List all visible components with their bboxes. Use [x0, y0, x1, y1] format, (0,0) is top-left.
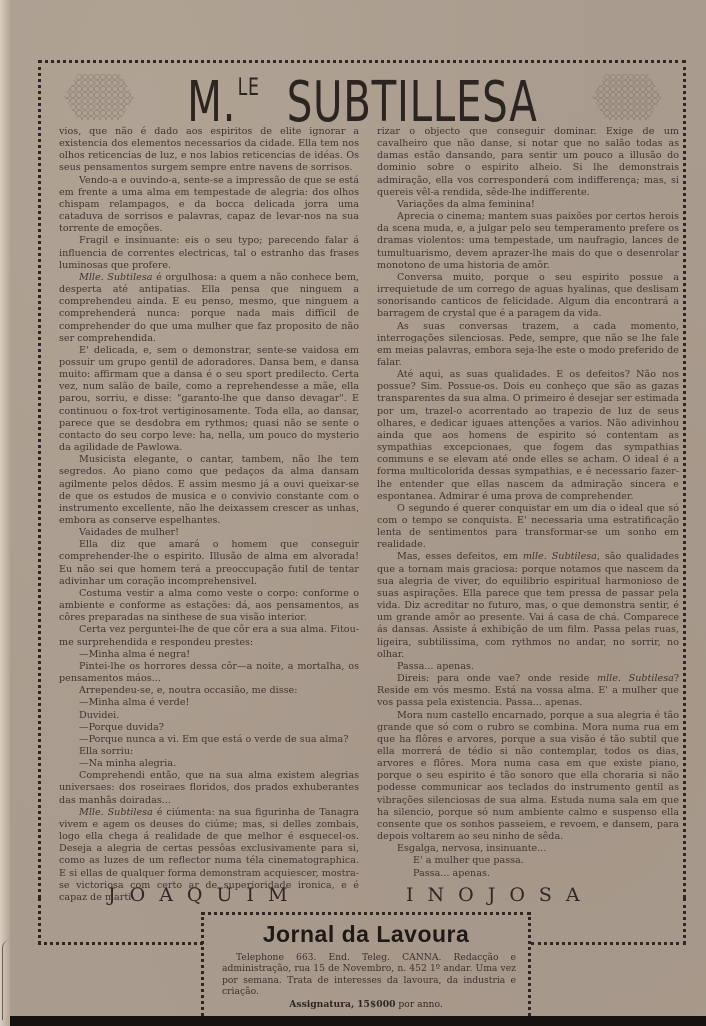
article-paragraph: Ella diz que amará o homem que conseguir… — [59, 539, 359, 588]
frame-bottom-right — [531, 942, 686, 945]
article-paragraph: Certa vez perguntei-lhe de que côr era a… — [59, 624, 359, 648]
article-paragraph: —Porque duvida? — [59, 722, 359, 734]
article-paragraph: Conversa muito, porque o seu espirito po… — [377, 272, 679, 321]
article-column-right: rizar o objecto que conseguir dominar. E… — [377, 126, 679, 880]
article-paragraph: Pintei-lhe os horrores dessa côr—a noite… — [59, 661, 359, 685]
article-paragraph: Fragil e insinuante: eis o seu typo; par… — [59, 235, 359, 271]
article-paragraph: Passa... apenas. — [377, 661, 679, 673]
page-binding-edge — [0, 0, 10, 1026]
article-paragraph: rizar o objecto que conseguir dominar. E… — [377, 126, 679, 199]
article-paragraph: O segundo é querer conquistar em um dia … — [377, 503, 679, 552]
article-paragraph: Direis: para onde vae? onde reside mlle.… — [377, 673, 679, 709]
article-paragraph: —Minha alma é verde! — [59, 697, 359, 709]
article-paragraph: Musicista elegante, o cantar, tambem, nã… — [59, 454, 359, 527]
author-last-name: INOJOSA — [406, 884, 594, 906]
article-paragraph: —Na minha alegria. — [59, 758, 359, 770]
article-paragraph: E' delicada, e, sem o demonstrar, sente-… — [59, 345, 359, 454]
article-paragraph: Até aqui, as suas qualidades. E os defei… — [377, 369, 679, 503]
article-paragraph: Aprecia o cinema; mantem suas paixões po… — [377, 211, 679, 272]
article-paragraph: —Minha alma é negra! — [59, 649, 359, 661]
article-paragraph: E' a mulher que passa. — [377, 855, 679, 867]
article-paragraph: Costuma vestir a alma como veste o corpo… — [59, 588, 359, 624]
advertisement-title: Jornal da Lavoura — [204, 921, 528, 948]
article-paragraph: Arrependeu-se, e, noutra occasião, me di… — [59, 685, 359, 697]
article-title: M.LE SUBTILLESA — [42, 66, 682, 124]
italic-name: mlle. Subtilesa — [597, 673, 674, 684]
article-paragraph: Esgalga, nervosa, insinuante... — [377, 843, 679, 855]
article-paragraph: Variações da alma feminina! — [377, 199, 679, 211]
advertisement-body: Telephone 663. End. Teleg. CANNA. Redacç… — [204, 948, 528, 998]
italic-name: Mlle. Subtilesa — [79, 272, 153, 283]
advertisement-body-text: Telephone 663. End. Teleg. CANNA. Redacç… — [222, 952, 516, 997]
subscription-price: 15$000 — [357, 999, 395, 1010]
scan-bottom-edge — [10, 1016, 706, 1026]
article-paragraph: As suas conversas trazem, a cada momento… — [377, 321, 679, 370]
advertisement-box: Jornal da Lavoura Telephone 663. End. Te… — [201, 912, 531, 1022]
article-column-left: vios, que não é dado aos espiritos de el… — [59, 126, 359, 904]
author-first-name: JOAQUIM — [108, 884, 301, 906]
binding-curve-decoration — [2, 940, 11, 1020]
article-paragraph: —Porque nunca a vi. Em que está o verde … — [59, 734, 359, 746]
subscription-suffix: por anno. — [398, 999, 442, 1010]
article-paragraph: Passa... apenas. — [377, 868, 679, 880]
italic-name: mlle. Subtilesa — [523, 551, 597, 562]
article-paragraph: Mlle. Subtilesa é orgulhosa: a quem a nã… — [59, 272, 359, 345]
subscription-line: Assignatura, 15$000 por anno. — [204, 999, 528, 1010]
article-paragraph: Vendo-a e ouvindo-a, sente-se a impressã… — [59, 175, 359, 236]
title-superscript: LE — [237, 73, 259, 101]
frame-bottom-left — [38, 942, 203, 945]
italic-name: Mlle. Subtilesa — [79, 807, 153, 818]
article-paragraph: Vaidades de mulher! — [59, 527, 359, 539]
frame-side-right — [683, 898, 686, 944]
article-paragraph: Ella sorriu: — [59, 746, 359, 758]
article-paragraph: Comprehendi então, que na sua alma exist… — [59, 770, 359, 806]
subscription-label: Assignatura, — [289, 999, 354, 1010]
article-paragraph: vios, que não é dado aos espiritos de el… — [59, 126, 359, 175]
article-paragraph: Mas, esses defeitos, em mlle. Subtilesa,… — [377, 551, 679, 660]
article-paragraph: Duvidei. — [59, 710, 359, 722]
article-paragraph: Mora num castello encarnado, porque a su… — [377, 710, 679, 844]
frame-side-left — [38, 898, 41, 944]
